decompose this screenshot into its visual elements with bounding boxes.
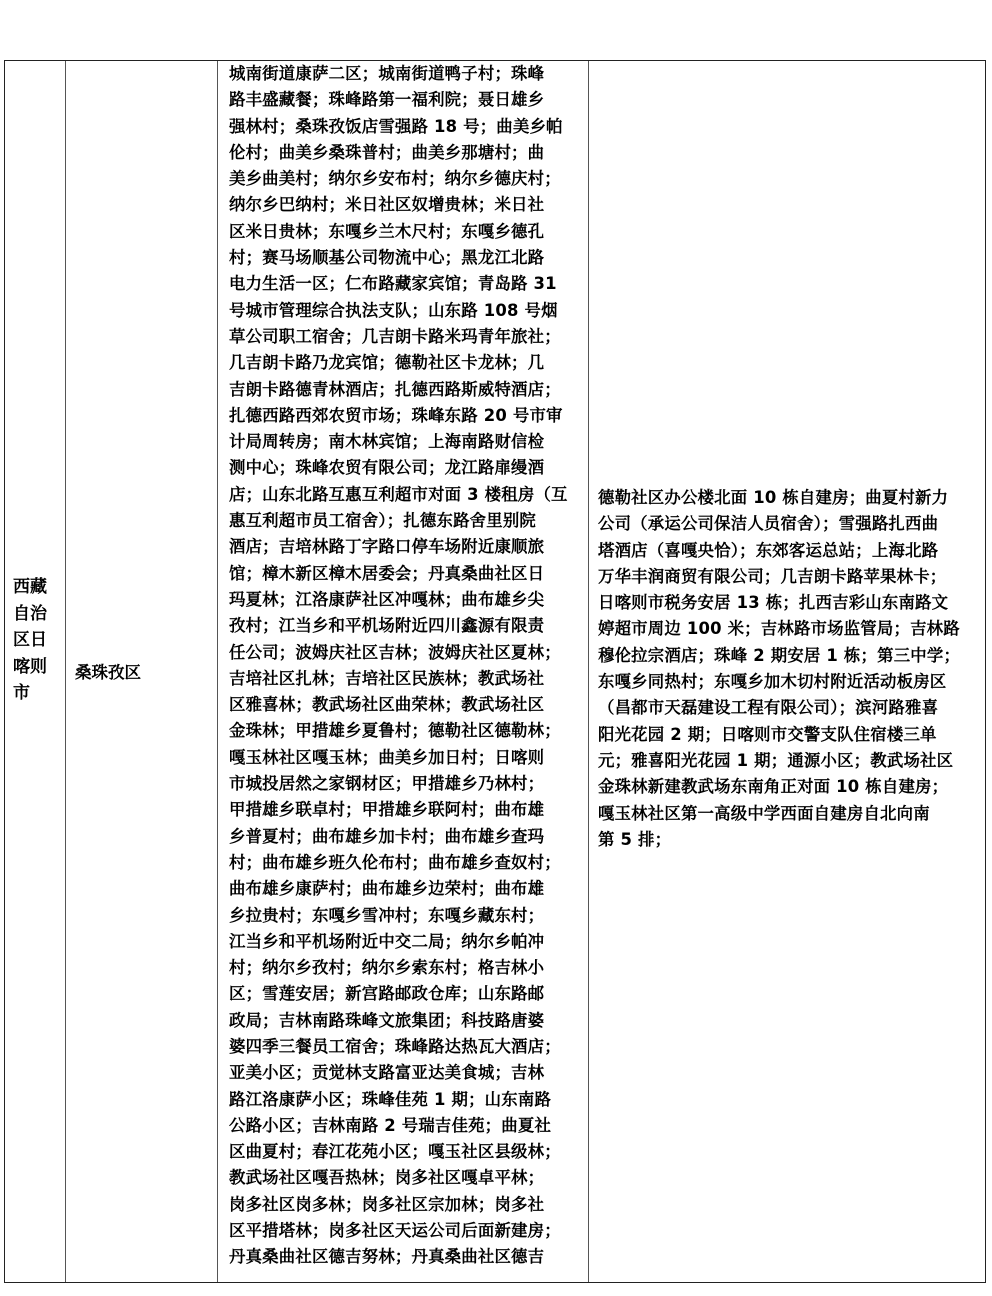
text-line: 扎德西路西郊农贸市场；珠峰东路 20 号市审 [229, 403, 582, 429]
text-line: 村；纳尔乡孜村；纳尔乡索东村；格吉林小 [229, 955, 582, 981]
locations-table: 西藏自治区日喀则市 桑珠孜区 城南街道康萨二区；城南街道鸭子村；珠峰路丰盛藏餐；… [4, 60, 986, 1283]
text-line: 岗多社区岗多林；岗多社区宗加林；岗多社 [229, 1192, 582, 1218]
text-line: 区；雪莲安居；新宫路邮政仓库；山东路邮 [229, 981, 582, 1007]
text-line: 店；山东北路互惠互利超市对面 3 楼租房（互 [229, 482, 582, 508]
text-line: 玛夏林；江洛康萨社区冲嘎林；曲布雄乡尖 [229, 587, 582, 613]
text-line: 德勒社区办公楼北面 10 栋自建房；曲夏村新力 [598, 485, 983, 511]
text-line: 路江洛康萨小区；珠峰佳苑 1 期；山东南路 [229, 1087, 582, 1113]
places-list: 城南街道康萨二区；城南街道鸭子村；珠峰路丰盛藏餐；珠峰路第一福利院；聂日雄乡强林… [229, 61, 582, 1271]
text-line: 草公司职工宿舍；几吉朗卡路米玛青年旅社； [229, 324, 582, 350]
text-line: 惠互利超市员工宿舍）；扎德东路舍里别院 [229, 508, 582, 534]
text-line: 元；雅喜阳光花园 1 期；通源小区；教武场社区 [598, 748, 983, 774]
text-line: 东嘎乡同热村；东嘎乡加木切村附近活动板房区 [598, 669, 983, 695]
region-name: 西藏自治区日喀则市 [13, 574, 57, 707]
district-name: 桑珠孜区 [75, 660, 141, 686]
text-line: 号城市管理综合执法支队；山东路 108 号烟 [229, 298, 582, 324]
text-line: 金珠林新建教武场东南角正对面 10 栋自建房； [598, 774, 983, 800]
text-line: 第 5 排； [598, 827, 983, 853]
text-line: 酒店；吉培林路丁字路口停车场附近康顺旅 [229, 534, 582, 560]
text-line: 城南街道康萨二区；城南街道鸭子村；珠峰 [229, 61, 582, 87]
text-line: 测中心；珠峰农贸有限公司；龙江路扉缦酒 [229, 455, 582, 481]
text-line: 丹真桑曲社区德吉努林；丹真桑曲社区德吉 [229, 1244, 582, 1270]
text-line: 区曲夏村；春江花苑小区；嘎玉社区县级林； [229, 1139, 582, 1165]
text-line: 计局周转房；南木林宾馆；上海南路财信检 [229, 429, 582, 455]
text-line: 乡拉贵村；东嘎乡雪冲村；东嘎乡藏东村； [229, 903, 582, 929]
text-line: 婷超市周边 100 米；吉林路市场监管局；吉林路 [598, 616, 983, 642]
text-line: 吉朗卡路德青林酒店；扎德西路斯威特酒店； [229, 377, 582, 403]
additional-places-cell: 德勒社区办公楼北面 10 栋自建房；曲夏村新力公司（承运公司保洁人员宿舍）；雪强… [589, 61, 985, 1282]
text-line: 村；赛马场顺基公司物流中心；黑龙江北路 [229, 245, 582, 271]
text-line: 路丰盛藏餐；珠峰路第一福利院；聂日雄乡 [229, 87, 582, 113]
text-line: 公司（承运公司保洁人员宿舍）；雪强路扎西曲 [598, 511, 983, 537]
text-line: 伦村；曲美乡桑珠普村；曲美乡那塘村；曲 [229, 140, 582, 166]
text-line: 区米日贵林；东嘎乡兰木尺村；东嘎乡德孔 [229, 219, 582, 245]
text-line: 日喀则市税务安居 13 栋；扎西吉彩山东南路文 [598, 590, 983, 616]
text-line: 教武场社区嘎吾热林；岗多社区嘎卓平林； [229, 1165, 582, 1191]
text-line: 金珠林；甲措雄乡夏鲁村；德勒社区德勒林； [229, 718, 582, 744]
text-line: 亚美小区；贡觉林支路富亚达美食城；吉林 [229, 1060, 582, 1086]
text-line: 美乡曲美村；纳尔乡安布村；纳尔乡德庆村； [229, 166, 582, 192]
text-line: 几吉朗卡路乃龙宾馆；德勒社区卡龙林；几 [229, 350, 582, 376]
text-line: 强林村；桑珠孜饭店雪强路 18 号；曲美乡帕 [229, 114, 582, 140]
text-line: 万华丰润商贸有限公司；几吉朗卡路苹果林卡； [598, 564, 983, 590]
text-line: 市城投居然之家钢材区；甲措雄乡乃林村； [229, 771, 582, 797]
text-line: 电力生活一区；仁布路藏家宾馆；青岛路 31 [229, 271, 582, 297]
text-line: 纳尔乡巴纳村；米日社区奴增贵林；米日社 [229, 192, 582, 218]
text-line: 吉培社区扎林；吉培社区民族林；教武场社 [229, 666, 582, 692]
text-line: 村；曲布雄乡班久伦布村；曲布雄乡查奴村； [229, 850, 582, 876]
text-line: 孜村；江当乡和平机场附近四川鑫源有限责 [229, 613, 582, 639]
text-line: 塔酒店（喜嘎央恰）；东郊客运总站；上海北路 [598, 538, 983, 564]
text-line: 穆伦拉宗酒店；珠峰 2 期安居 1 栋；第三中学； [598, 643, 983, 669]
text-line: 区平措塔林；岗多社区天运公司后面新建房； [229, 1218, 582, 1244]
text-line: 公路小区；吉林南路 2 号瑞吉佳苑；曲夏社 [229, 1113, 582, 1139]
text-line: 曲布雄乡康萨村；曲布雄乡边荣村；曲布雄 [229, 876, 582, 902]
text-line: 区雅喜林；教武场社区曲荣林；教武场社区 [229, 692, 582, 718]
additional-places-list: 德勒社区办公楼北面 10 栋自建房；曲夏村新力公司（承运公司保洁人员宿舍）；雪强… [598, 485, 983, 853]
text-line: 嘎玉林社区嘎玉林；曲美乡加日村；日喀则 [229, 745, 582, 771]
text-line: 婆四季三餐员工宿舍；珠峰路达热瓦大酒店； [229, 1034, 582, 1060]
text-line: 江当乡和平机场附近中交二局；纳尔乡帕冲 [229, 929, 582, 955]
text-line: 嘎玉林社区第一高级中学西面自建房自北向南 [598, 801, 983, 827]
region-cell: 西藏自治区日喀则市 [5, 61, 66, 1282]
text-line: 阳光花园 2 期；日喀则市交警支队住宿楼三单 [598, 722, 983, 748]
district-cell: 桑珠孜区 [66, 61, 218, 1282]
text-line: 甲措雄乡联卓村；甲措雄乡联阿村；曲布雄 [229, 797, 582, 823]
text-line: 任公司；波姆庆社区吉林；波姆庆社区夏林； [229, 640, 582, 666]
text-line: （昌都市天磊建设工程有限公司）；滨河路雅喜 [598, 695, 983, 721]
text-line: 馆；樟木新区樟木居委会；丹真桑曲社区日 [229, 561, 582, 587]
text-line: 政局；吉林南路珠峰文旅集团；科技路唐婆 [229, 1008, 582, 1034]
places-cell: 城南街道康萨二区；城南街道鸭子村；珠峰路丰盛藏餐；珠峰路第一福利院；聂日雄乡强林… [218, 61, 589, 1282]
text-line: 乡普夏村；曲布雄乡加卡村；曲布雄乡查玛 [229, 824, 582, 850]
